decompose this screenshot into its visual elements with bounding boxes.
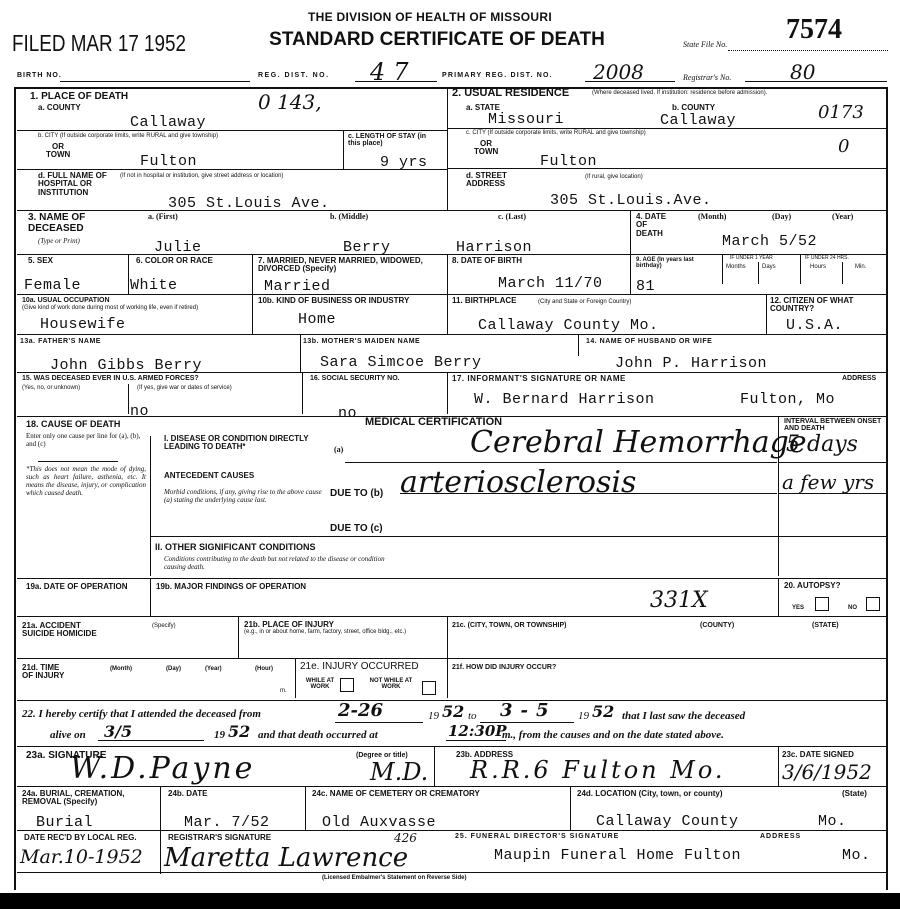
page-title: STANDARD CERTIFICATE OF DEATH [262,29,612,51]
res-street-note: (If rural, give location) [585,174,643,180]
residence-heading: 2. USUAL RESIDENCE [452,88,569,100]
primary-reg-dist-no: 2008 [593,62,644,82]
months-label: Months [726,264,746,270]
attended-to-date: 3-5 [500,702,557,720]
father: John Gibbs Berry [50,358,202,373]
to-year: 52 [592,704,614,720]
citizen: U.S.A. [786,318,843,333]
birth-no-label: BIRTH NO. [17,72,62,79]
cause-label: 18. CAUSE OF DEATH [26,420,120,429]
injury-year-label: (Year) [205,666,222,672]
certify-text-3: and that death occurred at [258,729,378,742]
birthplace-label: 11. BIRTHPLACE [452,297,516,305]
autopsy-no-label: NO [848,605,857,611]
pod-hospital-label: d. FULL NAME OF HOSPITAL OR INSTITUTION [38,172,113,197]
physician-address: R.R.6 Fulton Mo. [470,758,726,782]
physician-signature: W.D.Payne [70,754,255,784]
certify-text-4: m., from the causes and on the date stat… [502,729,724,742]
date-recd: Mar.10-1952 [20,848,143,867]
spouse: John P. Harrison [615,356,767,371]
residence-note: (Where deceased lived. If institution: r… [592,90,885,96]
pod-city-label: b. CITY (If outside corporate limits, wr… [38,133,308,139]
day-label: (Day) [772,213,791,221]
injury-m-label: m. [280,688,287,694]
alive-on-date: 3/5 [104,724,132,740]
res-street-label: d. STREET ADDRESS [466,172,526,189]
pod-stay-label: c. LENGTH OF STAY (in this place) [348,133,440,148]
first-name-label: a. (First) [148,213,178,221]
operation-findings-label: 19b. MAJOR FINDINGS OF OPERATION [156,583,306,591]
res-city: Fulton [540,154,597,169]
pod-city-town: TOWN [46,151,70,159]
year-label: (Year) [832,213,853,221]
filed-stamp: FILED MAR 17 1952 [12,30,186,57]
cemetery: Old Auxvasse [322,815,436,830]
days-label: Days [762,264,776,270]
certify-text-1: 22. I hereby certify that I attended the… [22,708,261,721]
place-of-death-heading: 1. PLACE OF DEATH [30,92,128,103]
burial-location: Callaway County [596,814,739,829]
occupation: Housewife [40,317,126,332]
middle-name-label: b. (Middle) [330,213,368,221]
pod-county-code: 0 143, [258,92,322,112]
date-of-death-label: 4. DATE OF DEATH [636,213,676,238]
attended-from-date: 2-26 [338,702,383,720]
pod-county-label: a. COUNTY [38,104,81,112]
reg-dist-no-label: REG. DIST. NO. [258,72,330,79]
antecedent-note: Morbid conditions, if any, giving rise t… [164,488,324,504]
ssn: no [338,406,357,421]
interval-label: INTERVAL BETWEEN ONSET AND DEATH [784,418,884,433]
injury-time-label: 21d. TIME OF INJURY [22,664,72,681]
injury-county-label: (COUNTY) [700,622,734,629]
last-name-label: c. (Last) [498,213,526,221]
name-label: 3. NAME OF DECEASED [28,213,118,234]
informant-label: 17. INFORMANT'S SIGNATURE OR NAME [452,375,626,383]
race-label: 6. COLOR OR RACE [136,257,213,265]
pod-hospital-note: (If not in hospital or institution, give… [120,173,283,179]
res-city-label: c. CITY (If outside corporate limits, wr… [466,130,646,136]
accident-specify: (Specify) [152,623,176,629]
alive-on-label: alive on [50,729,86,742]
part1-label: I. DISEASE OR CONDITION DIRECTLY LEADING… [164,435,334,452]
first-name: Julie [154,240,202,255]
not-while-at-work-label: NOT WHILE AT WORK [366,678,416,691]
registrar-signature-label: REGISTRAR'S SIGNATURE [168,834,271,842]
while-at-work-label: WHILE AT WORK [302,678,338,691]
registrar-signature: Maretta Lawrence [164,845,408,871]
burial-date: Mar. 7/52 [184,815,270,830]
injury-work-label: 21e. INJURY OCCURRED [300,662,419,673]
line-a: Cerebral Hemorrhage [470,428,807,458]
part2-note: Conditions contributing to the death but… [164,555,394,571]
injury-city-label: 21c. (CITY, TOWN, OR TOWNSHIP) [452,622,566,629]
injury-state-label: (STATE) [812,622,839,629]
dob-label: 8. DATE OF BIRTH [452,257,522,265]
race: White [130,278,178,293]
division-heading: THE DIVISION OF HEALTH OF MISSOURI [280,10,580,24]
business: Home [298,312,336,327]
res-city-town: TOWN [474,148,498,156]
burial-location-state: Mo. [818,814,847,829]
occupation-note: (Give kind of work done during most of w… [22,305,252,311]
how-injury-label: 21f. HOW DID INJURY OCCUR? [452,664,556,671]
autopsy-no-checkbox[interactable] [866,597,880,611]
registrar-code: 426 [394,832,417,844]
primary-reg-dist-no-label: PRIMARY REG. DIST. NO. [442,72,553,79]
from-year: 52 [442,704,464,720]
spouse-label: 14. NAME OF HUSBAND OR WIFE [586,338,712,345]
date-signed: 3/6/1952 [782,762,872,782]
date-recd-label: DATE REC'D BY LOCAL REG. [24,834,154,842]
burial-method-label: 24a. BURIAL, CREMATION, REMOVAL (Specify… [22,790,162,807]
certify-text-2: that I last saw the deceased [622,710,745,723]
physician-degree: M.D. [370,760,428,784]
res-county: Callaway [660,113,736,128]
date-signed-label: 23c. DATE SIGNED [782,751,854,759]
injury-month-label: (Month) [110,666,132,672]
informant-address-label: ADDRESS [842,375,876,382]
not-while-at-work-checkbox[interactable] [422,681,436,695]
pod-city: Fulton [140,154,197,169]
registrar-no-label: Registrar's No. [683,73,731,82]
interval-a: 5 days [786,434,858,456]
burial-method: Burial [36,815,93,830]
last-name: Harrison [456,240,532,255]
birthplace: Callaway County Mo. [478,318,659,333]
under-24-hrs-label: IF UNDER 24 HRS. [805,256,849,261]
funeral-address-label: ADDRESS [760,833,801,840]
due-to-c-label: DUE TO (c) [330,524,383,535]
armed-forces-label: 15. WAS DECEASED EVER IN U.S. ARMED FORC… [22,375,199,382]
funeral-director: Maupin Funeral Home Fulton [494,848,741,863]
embalmer-note: (Licensed Embalmer's Statement on Revers… [322,875,466,881]
state-file-no: 7574 [786,14,842,46]
state-file-no-label: State File No. [683,40,727,49]
armed-forces-note-2: (If yes, give war or dates of service) [137,385,232,391]
sex-label: 5. SEX [28,257,53,265]
month-label: (Month) [698,213,726,221]
dob: March 11/70 [498,276,603,291]
from-year-prefix: 19 [428,710,439,723]
accident-label: 21a. ACCIDENT SUICIDE HOMICIDE [22,622,112,639]
cause-footnote: *This does not mean the mode of dying, s… [26,465,146,497]
age: 81 [636,279,655,294]
marital-label: 7. MARRIED, NEVER MARRIED, WIDOWED, DIVO… [258,257,448,274]
hours-label: Hours [810,264,826,270]
informant: W. Bernard Harrison [474,392,655,407]
business-label: 10b. KIND OF BUSINESS OR INDUSTRY [258,297,448,305]
autopsy-yes-label: YES [792,605,804,611]
antecedent-label: ANTECEDENT CAUSES [164,472,254,480]
cause-note: Enter only one cause per line for (a), (… [26,432,144,448]
injury-hour-label: (Hour) [255,666,273,672]
to-year-prefix: 19 [578,710,589,723]
name-note: (Type or Print) [38,237,80,245]
age-label: 9. AGE (In years last birthday) [636,257,696,270]
death-time: 12:30P [448,724,507,739]
funeral-director-label: 25. FUNERAL DIRECTOR'S SIGNATURE [455,833,619,840]
autopsy-label: 20. AUTOPSY? [784,582,840,590]
sex: Female [24,278,81,293]
to-label: to [468,710,477,723]
line-a-label: (a) [334,446,343,454]
pod-stay: 9 yrs [380,155,428,170]
occupation-label: 10a. USUAL OCCUPATION [22,297,110,304]
operation-code: 331X [650,590,708,612]
due-to-b-label: DUE TO (b) [330,489,383,500]
interval-b: a few yrs [782,472,874,492]
marital: Married [264,279,331,294]
while-at-work-checkbox[interactable] [340,678,354,692]
informant-address: Fulton, Mo [740,392,835,407]
under-1-year-label: IF UNDER 1 YEAR [730,256,773,261]
father-label: 13a. FATHER'S NAME [20,338,101,345]
operation-date-label: 19a. DATE OF OPERATION [26,583,146,591]
autopsy-yes-checkbox[interactable] [815,597,829,611]
min-label: Min. [855,264,866,270]
scan-bottom-edge [0,893,900,909]
res-street: 305 St.Louis.Ave. [550,193,712,208]
alive-year-prefix: 19 [214,729,225,742]
mother-label: 13b. MOTHER'S MAIDEN NAME [303,338,420,345]
res-state: Missouri [488,112,564,127]
date-of-death: March 5/52 [722,234,817,249]
pod-hospital: 305 St.Louis Ave. [168,196,330,211]
location-state-label: (State) [842,790,867,798]
alive-year: 52 [228,724,250,740]
registrar-no: 80 [790,62,815,82]
birthplace-note: (City and State or Foreign Country) [538,299,631,305]
armed-forces-note: (Yes, no, or unknown) [22,385,80,391]
res-county-code: 0173 [818,104,864,122]
injury-place-note: (e.g., in or about home, farm, factory, … [244,629,440,635]
pod-county: Callaway [130,115,206,130]
location-label: 24d. LOCATION (City, town, or county) [577,790,722,798]
mother: Sara Simcoe Berry [320,355,482,370]
funeral-state: Mo. [842,848,871,863]
injury-day-label: (Day) [166,666,181,672]
burial-date-label: 24b. DATE [168,790,207,798]
ssn-label: 16. SOCIAL SECURITY NO. [310,375,440,382]
cemetery-label: 24c. NAME OF CEMETERY OR CREMATORY [312,790,480,798]
citizen-label: 12. CITIZEN OF WHAT COUNTRY? [770,297,885,314]
part2-label: II. OTHER SIGNIFICANT CONDITIONS [155,543,316,552]
middle-name: Berry [343,240,391,255]
res-city-code: 0 [838,138,849,156]
